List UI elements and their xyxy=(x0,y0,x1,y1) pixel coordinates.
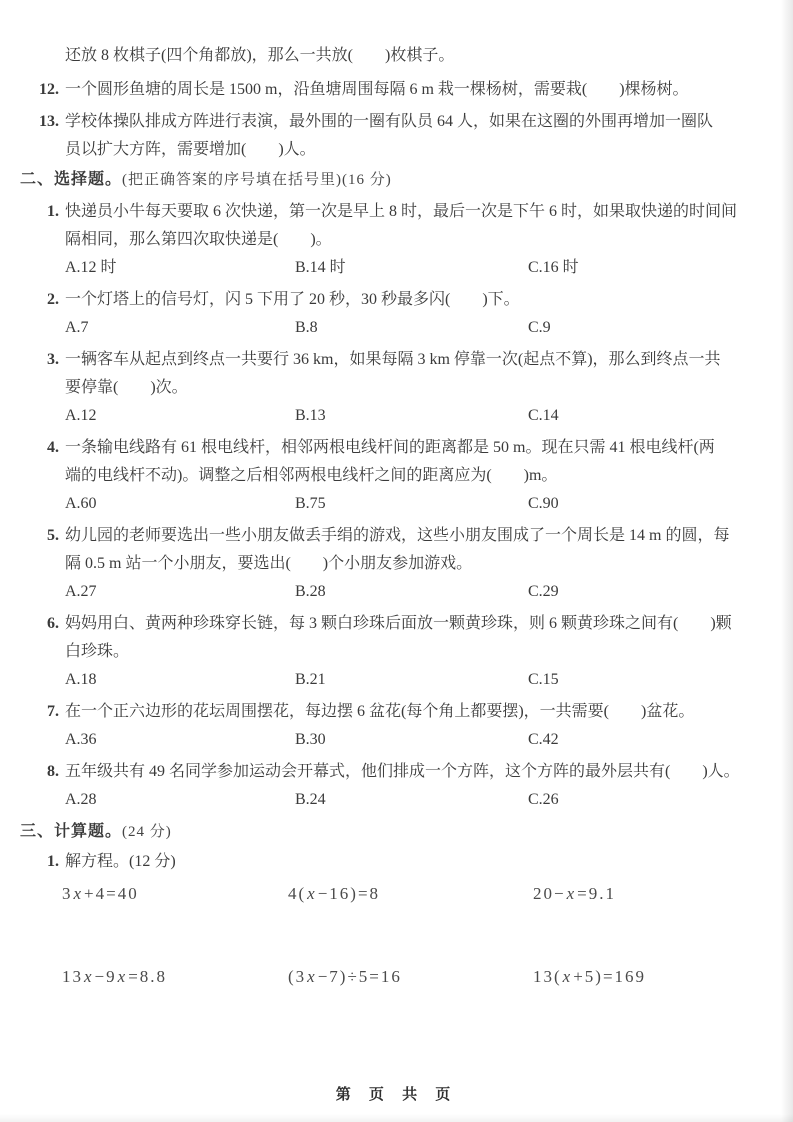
option-a: A.7 xyxy=(65,314,295,342)
question-line: 端的电线杆不动)。调整之后相邻两根电线杆之间的距离应为( )m。 xyxy=(20,462,769,490)
question-text: 一个圆形鱼塘的周长是 1500 m，沿鱼塘周围每隔 6 m 栽一棵杨树，需要栽(… xyxy=(65,81,689,98)
choice-question-5: 5.幼儿园的老师要选出一些小朋友做丢手绢的游戏，这些小朋友围成了一个周长是 14… xyxy=(20,522,769,606)
section3-heading: 三、计算题。(24 分) xyxy=(20,818,769,846)
question-text: 学校体操队排成方阵进行表演，最外围的一圈有队员 64 人，如果在这圈的外围再增加… xyxy=(65,113,713,130)
option-a: A.36 xyxy=(65,726,295,754)
option-c: C.26 xyxy=(528,786,769,814)
section3-title: 三、计算题。 xyxy=(20,823,122,840)
question-line: 8.五年级共有 49 名同学参加运动会开幕式，他们排成一个方阵，这个方阵的最外层… xyxy=(20,758,769,786)
equation-row-2: 13x−9x=8.8 (3x−7)÷5=16 13(x+5)=169 xyxy=(20,963,769,991)
equation: 20−x=9.1 xyxy=(533,880,769,908)
equation: 4(x−16)=8 xyxy=(288,880,533,908)
question-number: 13. xyxy=(38,108,65,136)
option-a: A.12 时 xyxy=(65,254,295,282)
option-b: B.75 xyxy=(295,490,528,518)
question-line: 3.一辆客车从起点到终点一共要行 36 km，如果每隔 3 km 停靠一次(起点… xyxy=(20,346,769,374)
fill-in-continuation-line: 还放 8 枚棋子(四个角都放)，那么一共放( )枚棋子。 xyxy=(20,42,769,70)
question-text: 五年级共有 49 名同学参加运动会开幕式，他们排成一个方阵，这个方阵的最外层共有… xyxy=(65,763,740,780)
question-number: 8. xyxy=(38,758,65,786)
choice-question-8: 8.五年级共有 49 名同学参加运动会开幕式，他们排成一个方阵，这个方阵的最外层… xyxy=(20,758,769,814)
question-text: 还放 8 枚棋子(四个角都放)，那么一共放( )枚棋子。 xyxy=(65,47,454,64)
question-line: 5.幼儿园的老师要选出一些小朋友做丢手绢的游戏，这些小朋友围成了一个周长是 14… xyxy=(20,522,769,550)
choice-question-4: 4.一条输电线路有 61 根电线杆，相邻两根电线杆间的距离都是 50 m。现在只… xyxy=(20,434,769,518)
sub-question-number: 1. xyxy=(38,848,65,876)
options-row: A.60B.75C.90 xyxy=(20,490,769,518)
equation: 13(x+5)=169 xyxy=(533,963,769,991)
equation: 13x−9x=8.8 xyxy=(62,963,288,991)
question-number: 3. xyxy=(38,346,65,374)
option-b: B.28 xyxy=(295,578,528,606)
section3-note: (24 分) xyxy=(122,824,172,840)
question-line: 4.一条输电线路有 61 根电线杆，相邻两根电线杆间的距离都是 50 m。现在只… xyxy=(20,434,769,462)
choice-question-2: 2.一个灯塔上的信号灯，闪 5 下用了 20 秒，30 秒最多闪( )下。 A.… xyxy=(20,286,769,342)
option-b: B.8 xyxy=(295,314,528,342)
options-row: A.7B.8C.9 xyxy=(20,314,769,342)
option-b: B.14 时 xyxy=(295,254,528,282)
question-text: 白珍珠。 xyxy=(65,643,129,660)
question-line: 隔 0.5 m 站一个小朋友，要选出( )个小朋友参加游戏。 xyxy=(20,550,769,578)
solve-equations-subheading: 1.解方程。(12 分) xyxy=(20,848,769,876)
question-text: 一辆客车从起点到终点一共要行 36 km，如果每隔 3 km 停靠一次(起点不算… xyxy=(65,351,721,368)
question-number: 5. xyxy=(38,522,65,550)
question-number: 1. xyxy=(38,198,65,226)
option-a: A.27 xyxy=(65,578,295,606)
option-c: C.29 xyxy=(528,578,769,606)
fill-in-item-13: 13.学校体操队排成方阵进行表演，最外围的一圈有队员 64 人，如果在这圈的外围… xyxy=(20,108,769,164)
question-text: 一条输电线路有 61 根电线杆，相邻两根电线杆间的距离都是 50 m。现在只需 … xyxy=(65,439,715,456)
fill-in-item-12: 12.一个圆形鱼塘的周长是 1500 m，沿鱼塘周围每隔 6 m 栽一棵杨树，需… xyxy=(20,76,769,104)
equation: 3x+4=40 xyxy=(62,880,288,908)
options-row: A.28B.24C.26 xyxy=(20,786,769,814)
choice-question-6: 6.妈妈用白、黄两种珍珠穿长链，每 3 颗白珍珠后面放一颗黄珍珠，则 6 颗黄珍… xyxy=(20,610,769,694)
question-number: 6. xyxy=(38,610,65,638)
option-a: A.28 xyxy=(65,786,295,814)
section2-title: 二、选择题。 xyxy=(20,171,122,188)
option-c: C.90 xyxy=(528,490,769,518)
question-text: 端的电线杆不动)。调整之后相邻两根电线杆之间的距离应为( )m。 xyxy=(65,467,557,484)
question-line: 要停靠( )次。 xyxy=(20,374,769,402)
equation: (3x−7)÷5=16 xyxy=(288,963,533,991)
option-b: B.30 xyxy=(295,726,528,754)
question-text: 幼儿园的老师要选出一些小朋友做丢手绢的游戏，这些小朋友围成了一个周长是 14 m… xyxy=(65,527,729,544)
option-c: C.9 xyxy=(528,314,769,342)
option-a: A.60 xyxy=(65,490,295,518)
options-row: A.27B.28C.29 xyxy=(20,578,769,606)
options-row: A.12 时B.14 时C.16 时 xyxy=(20,254,769,282)
question-text: 在一个正六边形的花坛周围摆花，每边摆 6 盆花(每个角上都要摆)，一共需要( )… xyxy=(65,703,694,720)
option-b: B.13 xyxy=(295,402,528,430)
options-row: A.12B.13C.14 xyxy=(20,402,769,430)
question-number: 4. xyxy=(38,434,65,462)
choice-question-3: 3.一辆客车从起点到终点一共要行 36 km，如果每隔 3 km 停靠一次(起点… xyxy=(20,346,769,430)
question-line: 2.一个灯塔上的信号灯，闪 5 下用了 20 秒，30 秒最多闪( )下。 xyxy=(20,286,769,314)
sub-question-text: 解方程。(12 分) xyxy=(65,853,176,870)
question-line: 13.学校体操队排成方阵进行表演，最外围的一圈有队员 64 人，如果在这圈的外围… xyxy=(20,108,769,136)
scan-edge-shadow-bottom xyxy=(0,1114,793,1122)
question-line: 白珍珠。 xyxy=(20,638,769,666)
options-row: A.36B.30C.42 xyxy=(20,726,769,754)
section2-heading: 二、选择题。(把正确答案的序号填在括号里)(16 分) xyxy=(20,166,769,194)
question-text: 一个灯塔上的信号灯，闪 5 下用了 20 秒，30 秒最多闪( )下。 xyxy=(65,291,520,308)
choice-question-7: 7.在一个正六边形的花坛周围摆花，每边摆 6 盆花(每个角上都要摆)，一共需要(… xyxy=(20,698,769,754)
section2-note: (把正确答案的序号填在括号里)(16 分) xyxy=(122,172,392,188)
question-line: 6.妈妈用白、黄两种珍珠穿长链，每 3 颗白珍珠后面放一颗黄珍珠，则 6 颗黄珍… xyxy=(20,610,769,638)
option-c: C.16 时 xyxy=(528,254,769,282)
option-c: C.14 xyxy=(528,402,769,430)
choice-question-1: 1.快递员小牛每天要取 6 次快递，第一次是早上 8 时，最后一次是下午 6 时… xyxy=(20,198,769,282)
question-line: 隔相同，那么第四次取快递是( )。 xyxy=(20,226,769,254)
question-line: 7.在一个正六边形的花坛周围摆花，每边摆 6 盆花(每个角上都要摆)，一共需要(… xyxy=(20,698,769,726)
question-number: 2. xyxy=(38,286,65,314)
option-a: A.12 xyxy=(65,402,295,430)
question-text: 快递员小牛每天要取 6 次快递，第一次是早上 8 时，最后一次是下午 6 时，如… xyxy=(65,203,737,220)
test-paper-page: 还放 8 枚棋子(四个角都放)，那么一共放( )枚棋子。 12.一个圆形鱼塘的周… xyxy=(0,0,793,1122)
option-c: C.15 xyxy=(528,666,769,694)
option-b: B.21 xyxy=(295,666,528,694)
equation-row-1: 3x+4=40 4(x−16)=8 20−x=9.1 xyxy=(20,880,769,908)
question-text: 要停靠( )次。 xyxy=(65,379,188,396)
page-footer: 第 页 共 页 xyxy=(0,1083,793,1104)
options-row: A.18B.21C.15 xyxy=(20,666,769,694)
option-a: A.18 xyxy=(65,666,295,694)
paper-content: 还放 8 枚棋子(四个角都放)，那么一共放( )枚棋子。 12.一个圆形鱼塘的周… xyxy=(0,0,793,991)
question-line: 员以扩大方阵，需要增加( )人。 xyxy=(20,136,769,164)
question-number: 7. xyxy=(38,698,65,726)
question-text: 隔 0.5 m 站一个小朋友，要选出( )个小朋友参加游戏。 xyxy=(65,555,472,572)
question-text: 妈妈用白、黄两种珍珠穿长链，每 3 颗白珍珠后面放一颗黄珍珠，则 6 颗黄珍珠之… xyxy=(65,615,732,632)
option-b: B.24 xyxy=(295,786,528,814)
question-number: 12. xyxy=(38,76,65,104)
question-text: 隔相同，那么第四次取快递是( )。 xyxy=(65,231,332,248)
question-text: 员以扩大方阵，需要增加( )人。 xyxy=(65,141,316,158)
question-line: 1.快递员小牛每天要取 6 次快递，第一次是早上 8 时，最后一次是下午 6 时… xyxy=(20,198,769,226)
option-c: C.42 xyxy=(528,726,769,754)
